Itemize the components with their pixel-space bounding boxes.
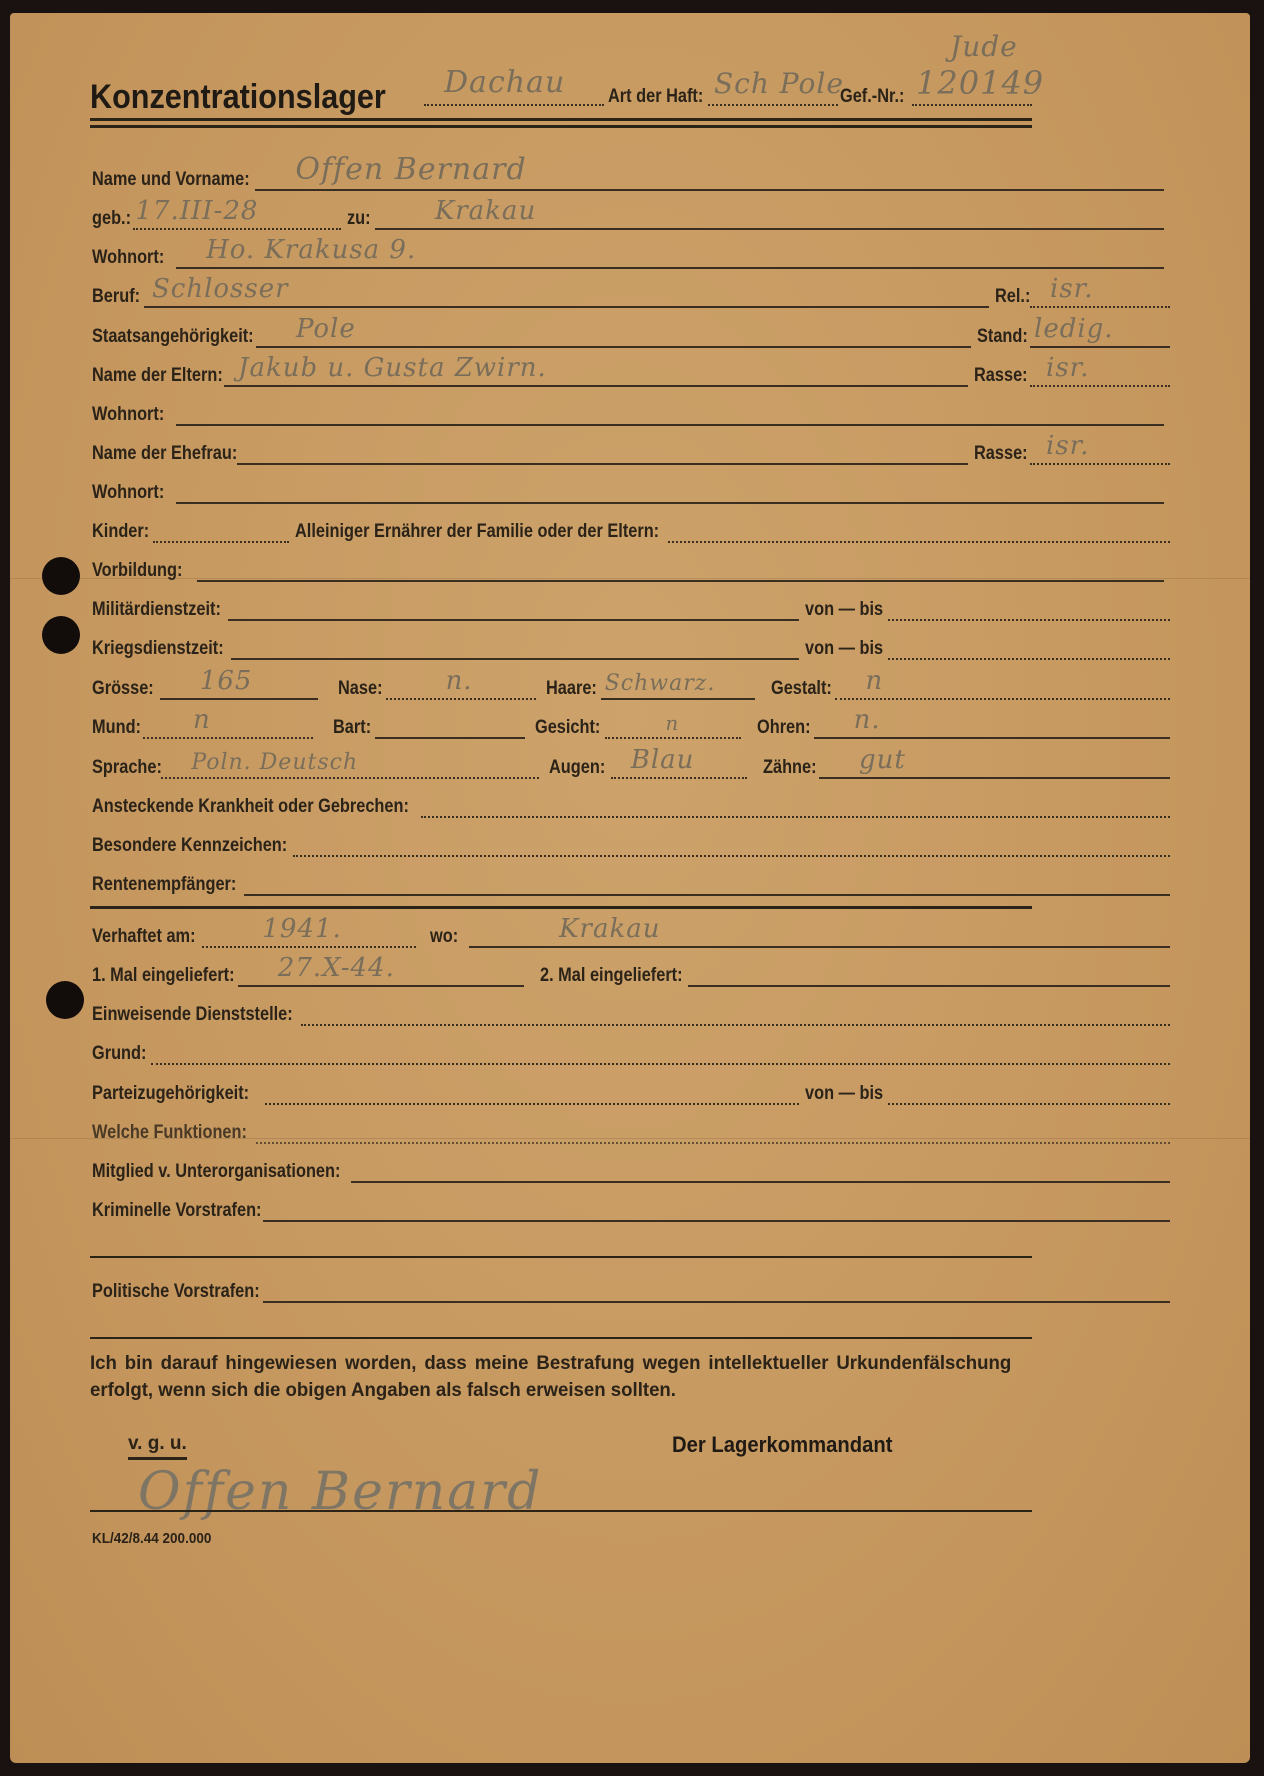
geb-label: geb.: (92, 209, 131, 230)
section-rule (90, 906, 1032, 909)
krieg-vonbis-field[interactable] (888, 636, 1170, 660)
partei-vonbis-label: von — bis (805, 1084, 883, 1105)
mal1-label: 1. Mal eingeliefert: (92, 966, 235, 987)
partei-field[interactable] (265, 1081, 800, 1105)
partei-vonbis-field[interactable] (888, 1081, 1170, 1105)
gestalt-value: n (865, 666, 883, 696)
wohnort-field[interactable]: Ho. Krakusa 9. (176, 245, 1164, 269)
ehefrau-field[interactable] (237, 441, 968, 465)
row-groesse: Grösse: 165 Nase: n. Haare: Schwarz. Ges… (92, 672, 1170, 700)
staat-label: Staatsangehörigkeit: (92, 327, 254, 348)
row-partei: Parteizugehörigkeit: von — bis (92, 1077, 1170, 1105)
krieg-label: Kriegsdienstzeit: (92, 639, 224, 660)
gesicht-value: n (665, 711, 679, 735)
mund-label: Mund: (92, 718, 141, 739)
nase-value: n. (446, 666, 473, 696)
krieg-vonbis-label: von — bis (805, 639, 883, 660)
partei-label: Parteizugehörigkeit: (92, 1084, 249, 1105)
wohnort-label: Wohnort: (92, 248, 164, 269)
haare-label: Haare: (546, 679, 597, 700)
row-wohnort3: Wohnort: (92, 476, 1170, 504)
eltern-field[interactable]: Jakub u. Gusta Zwirn. (224, 363, 968, 387)
beruf-field[interactable]: Schlosser (144, 284, 989, 308)
grund-field[interactable] (151, 1041, 1170, 1065)
militaer-field[interactable] (228, 597, 799, 621)
mal1-value: 27.X-44. (278, 953, 395, 983)
gef-label: Gef.-Nr.: (840, 87, 904, 108)
row-wohnort1: Wohnort: Ho. Krakusa 9. (92, 241, 1170, 269)
krieg-field[interactable] (231, 636, 799, 660)
row-name: Name und Vorname: Offen Bernard (92, 163, 1170, 191)
row-grund: Grund: (92, 1037, 1170, 1065)
row-kinder: Kinder: Alleiniger Ernährer der Familie … (92, 515, 1170, 543)
kriminelle-field-line2[interactable] (90, 1256, 1032, 1258)
gestalt-field[interactable]: n (835, 676, 1170, 700)
ernaehrer-label: Alleiniger Ernährer der Familie oder der… (295, 522, 659, 543)
groesse-field[interactable]: 165 (160, 676, 318, 700)
kriminelle-field[interactable] (263, 1198, 1170, 1222)
mal2-label: 2. Mal eingeliefert: (540, 966, 683, 987)
augen-value: Blau (631, 745, 695, 775)
ehefrau-rasse-value: isr. (1046, 431, 1090, 461)
row-eltern: Name der Eltern: Jakub u. Gusta Zwirn. R… (92, 359, 1170, 387)
militaer-label: Militärdienstzeit: (92, 600, 221, 621)
rente-field[interactable] (244, 872, 1170, 896)
row-kennzeichen: Besondere Kennzeichen: (92, 829, 1170, 857)
row-wohnort2: Wohnort: (92, 398, 1170, 426)
rel-label: Rel.: (995, 287, 1030, 308)
camp-value: Dachau (444, 65, 565, 100)
name-field[interactable]: Offen Bernard (255, 167, 1164, 191)
zaehne-value: gut (859, 745, 906, 775)
mal2-field[interactable] (688, 963, 1170, 987)
gef-field[interactable]: 120149 (912, 76, 1032, 106)
mitglied-field[interactable] (351, 1159, 1170, 1183)
declaration-statement: Ich bin darauf hingewiesen worden, dass … (90, 1350, 1011, 1404)
punch-hole (42, 616, 80, 654)
mitglied-label: Mitglied v. Unterorganisationen: (92, 1162, 340, 1183)
politische-field[interactable] (263, 1279, 1170, 1303)
haare-value: Schwarz. (605, 671, 716, 696)
sprache-field[interactable]: Poln. Deutsch (161, 755, 539, 779)
row-mund: Mund: n Bart: Gesicht: n Ohren: n. (92, 711, 1170, 739)
geb-field[interactable]: 17.III-28 (133, 206, 341, 230)
row-kriminelle: Kriminelle Vorstrafen: (92, 1194, 1170, 1222)
verhaftet-label: Verhaftet am: (92, 927, 196, 948)
row-politische: Politische Vorstrafen: (92, 1275, 1170, 1303)
punch-hole (46, 981, 84, 1019)
row-geb: geb.: 17.III-28 zu: Krakau (92, 202, 1170, 230)
vorbildung-field[interactable] (197, 558, 1164, 582)
wo-field[interactable]: Krakau (469, 924, 1170, 948)
krankheit-label: Ansteckende Krankheit oder Gebrechen: (92, 797, 409, 818)
ehefrau-wohnort-field[interactable] (176, 480, 1164, 504)
dienststelle-label: Einweisende Dienststelle: (92, 1005, 293, 1026)
augen-field[interactable]: Blau (611, 755, 747, 779)
dienststelle-field[interactable] (301, 1002, 1170, 1026)
rasse-label: Rasse: (974, 366, 1028, 387)
row-mitglied: Mitglied v. Unterorganisationen: (92, 1155, 1170, 1183)
name-label: Name und Vorname: (92, 170, 250, 191)
row-ehefrau: Name der Ehefrau: Rasse: isr. (92, 437, 1170, 465)
rasse-value: isr. (1046, 353, 1090, 383)
vorbildung-label: Vorbildung: (92, 561, 182, 582)
row-mal1: 1. Mal eingeliefert: 27.X-44. 2. Mal ein… (92, 959, 1170, 987)
row-sprache: Sprache: Poln. Deutsch Augen: Blau Zähne… (92, 751, 1170, 779)
row-dienststelle: Einweisende Dienststelle: (92, 998, 1170, 1026)
ohren-value: n. (854, 705, 881, 735)
row-militaer: Militärdienstzeit: von — bis (92, 593, 1170, 621)
haft-value: Sch Pole (714, 67, 844, 100)
zu-value: Krakau (435, 196, 536, 226)
politische-field-line2[interactable] (90, 1337, 1032, 1339)
mund-field[interactable]: n (143, 715, 313, 739)
staat-field[interactable]: Pole (256, 324, 971, 348)
verhaftet-field[interactable]: 1941. (202, 924, 416, 948)
row-krieg: Kriegsdienstzeit: von — bis (92, 632, 1170, 660)
row-verhaftet: Verhaftet am: 1941. wo: Krakau (92, 920, 1170, 948)
gesicht-field[interactable]: n (605, 715, 741, 739)
zaehne-field[interactable]: gut (819, 755, 1170, 779)
verhaftet-value: 1941. (262, 914, 341, 944)
stand-field[interactable]: ledig. (1030, 324, 1170, 348)
ernaehrer-field[interactable] (668, 519, 1170, 543)
sprache-label: Sprache: (92, 758, 162, 779)
vgu-label: v. g. u. (128, 1433, 187, 1460)
kennzeichen-field[interactable] (293, 833, 1170, 857)
rente-label: Rentenempfänger: (92, 875, 236, 896)
signature-line (90, 1510, 1032, 1512)
kennzeichen-label: Besondere Kennzeichen: (92, 836, 287, 857)
wohnort-value: Ho. Krakusa 9. (206, 235, 416, 265)
eltern-label: Name der Eltern: (92, 366, 223, 387)
zaehne-label: Zähne: (763, 758, 817, 779)
bart-field[interactable] (375, 715, 525, 739)
eltern-wohnort-label: Wohnort: (92, 405, 164, 426)
staat-value: Pole (296, 314, 356, 344)
sprache-value: Poln. Deutsch (191, 750, 358, 775)
punch-hole (42, 557, 80, 595)
wo-value: Krakau (559, 914, 660, 944)
row-rente: Rentenempfänger: (92, 868, 1170, 896)
ehefrau-rasse-label: Rasse: (974, 444, 1028, 465)
funktionen-label: Welche Funktionen: (92, 1123, 247, 1144)
gef-value: 120149 (916, 64, 1044, 102)
prisoner-signature: Offen Bernard (138, 1462, 542, 1522)
bart-label: Bart: (333, 718, 371, 739)
form-number: KL/42/8.44 200.000 (92, 1530, 211, 1547)
ehefrau-label: Name der Ehefrau: (92, 444, 237, 465)
funktionen-field[interactable] (256, 1120, 1170, 1144)
row-krankheit: Ansteckende Krankheit oder Gebrechen: (92, 790, 1170, 818)
rel-value: isr. (1050, 274, 1094, 304)
mund-value: n (193, 705, 211, 735)
nase-label: Nase: (338, 679, 383, 700)
header-rule (90, 118, 1032, 121)
groesse-value: 165 (200, 666, 253, 696)
beruf-value: Schlosser (152, 274, 289, 304)
nase-field[interactable]: n. (386, 676, 536, 700)
header-rule (90, 125, 1032, 128)
ohren-field[interactable]: n. (814, 715, 1170, 739)
kinder-label: Kinder: (92, 522, 149, 543)
wo-label: wo: (430, 927, 458, 948)
page-title: Konzentrationslager (90, 78, 386, 117)
stand-value: ledig. (1034, 314, 1114, 344)
lagerkommandant-label: Der Lagerkommandant (672, 1432, 892, 1458)
eltern-value: Jakub u. Gusta Zwirn. (238, 353, 547, 383)
militaer-vonbis-field[interactable] (888, 597, 1170, 621)
eltern-wohnort-field[interactable] (176, 402, 1164, 426)
kriminelle-label: Kriminelle Vorstrafen: (92, 1201, 262, 1222)
gesicht-label: Gesicht: (535, 718, 600, 739)
rel-field[interactable]: isr. (1030, 284, 1170, 308)
politische-label: Politische Vorstrafen: (92, 1282, 260, 1303)
gestalt-label: Gestalt: (771, 679, 832, 700)
row-beruf: Beruf: Schlosser Rel.: isr. (92, 280, 1170, 308)
beruf-label: Beruf: (92, 287, 140, 308)
camp-field[interactable]: Dachau (424, 76, 604, 106)
zu-label: zu: (347, 209, 371, 230)
mal1-field[interactable]: 27.X-44. (238, 963, 524, 987)
kinder-field[interactable] (153, 519, 289, 543)
haft-field[interactable]: Sch Pole (708, 76, 838, 106)
ohren-label: Ohren: (757, 718, 811, 739)
geb-value: 17.III-28 (135, 196, 258, 226)
militaer-vonbis-label: von — bis (805, 600, 883, 621)
augen-label: Augen: (549, 758, 605, 779)
name-value: Offen Bernard (295, 152, 526, 187)
ehefrau-wohnort-label: Wohnort: (92, 483, 164, 504)
grund-label: Grund: (92, 1044, 146, 1065)
haare-field[interactable]: Schwarz. (601, 676, 755, 700)
ehefrau-rasse-field[interactable]: isr. (1030, 441, 1170, 465)
krankheit-field[interactable] (421, 794, 1171, 818)
groesse-label: Grösse: (92, 679, 154, 700)
rasse-field[interactable]: isr. (1030, 363, 1170, 387)
row-vorbildung: Vorbildung: (92, 554, 1170, 582)
row-funktionen: Welche Funktionen: (92, 1116, 1170, 1144)
zu-field[interactable]: Krakau (375, 206, 1164, 230)
row-staat: Staatsangehörigkeit: Pole Stand: ledig. (92, 320, 1170, 348)
haft-annotation: Jude (950, 30, 1018, 63)
haft-label: Art der Haft: (608, 87, 703, 108)
stand-label: Stand: (977, 327, 1028, 348)
